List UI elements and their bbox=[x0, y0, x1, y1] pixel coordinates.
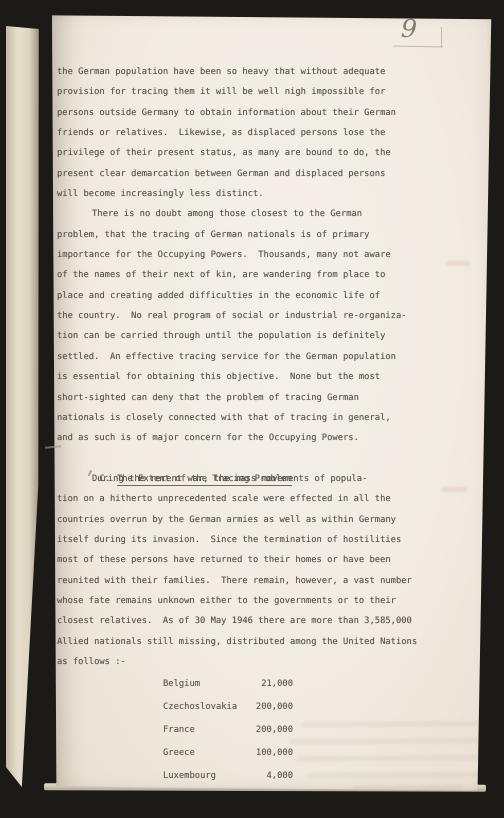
ink-bleed-mark bbox=[290, 737, 504, 745]
document-scan: the German population have been so heavy… bbox=[0, 0, 504, 818]
country-name: Greece bbox=[163, 742, 195, 765]
text-line: will become increasingly less distinct. bbox=[57, 184, 482, 204]
text-line: importance for the Occupying Powers. Tho… bbox=[57, 245, 482, 265]
text-line: problem, that the tracing of German nati… bbox=[57, 225, 482, 245]
text-line: provision for tracing them it will be we… bbox=[57, 82, 482, 102]
text-line: present clear demarcation between German… bbox=[57, 164, 482, 184]
book-leaf-edge bbox=[6, 26, 39, 790]
country-count: 200,000 bbox=[251, 696, 293, 719]
table-row: Luxembourg4,000 bbox=[163, 765, 293, 788]
text-line: and as such is of major concern for the … bbox=[57, 428, 482, 448]
table-row: Czechoslovakia200,000 bbox=[163, 696, 293, 719]
pencil-bracket-mark bbox=[441, 27, 442, 47]
country-name: France bbox=[163, 719, 195, 742]
table-row: Greece100,000 bbox=[163, 742, 293, 765]
document-page: the German population have been so heavy… bbox=[52, 13, 493, 792]
country-count: 200,000 bbox=[251, 719, 293, 742]
text-line: nationals is closely connected with that… bbox=[57, 408, 482, 428]
ink-smudge bbox=[441, 487, 467, 492]
paragraph-start-line: During the recent war, the mass movement… bbox=[57, 469, 482, 489]
ink-bleed-mark bbox=[302, 720, 502, 727]
country-name: Luxembourg bbox=[163, 765, 216, 788]
text-line: tion on a hitherto unprecedented scale w… bbox=[57, 489, 482, 509]
country-name: Czechoslovakia bbox=[163, 696, 237, 719]
text-line: tion can be carried through until the po… bbox=[57, 326, 482, 346]
ink-smudge bbox=[446, 261, 470, 266]
text-line: whose fate remains unknown either to the… bbox=[57, 591, 482, 611]
text-line: is essential for obtaining this objectiv… bbox=[57, 367, 482, 387]
section-heading: C.The Extent of the Tracing Problem bbox=[57, 449, 482, 469]
text-line: short-sighted can deny that the problem … bbox=[57, 388, 482, 408]
text-line: the country. No real program of social o… bbox=[57, 306, 482, 326]
typewritten-text: the German population have been so heavy… bbox=[57, 62, 482, 672]
text-line: friends or relatives. Likewise, as displ… bbox=[57, 123, 482, 143]
text-line: countries overrun by the German armies a… bbox=[57, 510, 482, 530]
text-line: persons outside Germany to obtain inform… bbox=[57, 103, 482, 123]
table-row: France200,000 bbox=[163, 719, 293, 742]
text-line: place and creating added difficulties in… bbox=[57, 286, 482, 306]
table-row: Belgium21,000 bbox=[163, 673, 293, 696]
text-line: of the names of their next of kin, are w… bbox=[57, 265, 482, 285]
text-line: as follows :- bbox=[57, 652, 482, 672]
text-line: closest relatives. As of 30 May 1946 the… bbox=[57, 611, 482, 631]
country-count: 4,000 bbox=[251, 765, 293, 788]
text-line: most of these persons have returned to t… bbox=[57, 550, 482, 570]
missing-nationals-table: Belgium21,000 Czechoslovakia200,000 Fran… bbox=[163, 673, 293, 788]
country-count: 21,000 bbox=[251, 673, 293, 696]
text-line: itself during its invasion. Since the te… bbox=[57, 530, 482, 550]
handwritten-page-number: 9 bbox=[400, 14, 417, 44]
ink-bleed-mark bbox=[296, 754, 501, 761]
text-line: Allied nationals still missing, distribu… bbox=[57, 632, 482, 652]
text-line: the German population have been so heavy… bbox=[57, 62, 482, 82]
ink-bleed-mark bbox=[307, 771, 492, 778]
text-line: privilege of their present status, as ma… bbox=[57, 143, 482, 163]
text-line: settled. An effective tracing service fo… bbox=[57, 347, 482, 367]
paragraph-start-line: There is no doubt among those closest to… bbox=[57, 204, 482, 224]
country-name: Belgium bbox=[163, 673, 200, 696]
text-line: reunited with their families. There rema… bbox=[57, 571, 482, 591]
country-count: 100,000 bbox=[251, 742, 293, 765]
